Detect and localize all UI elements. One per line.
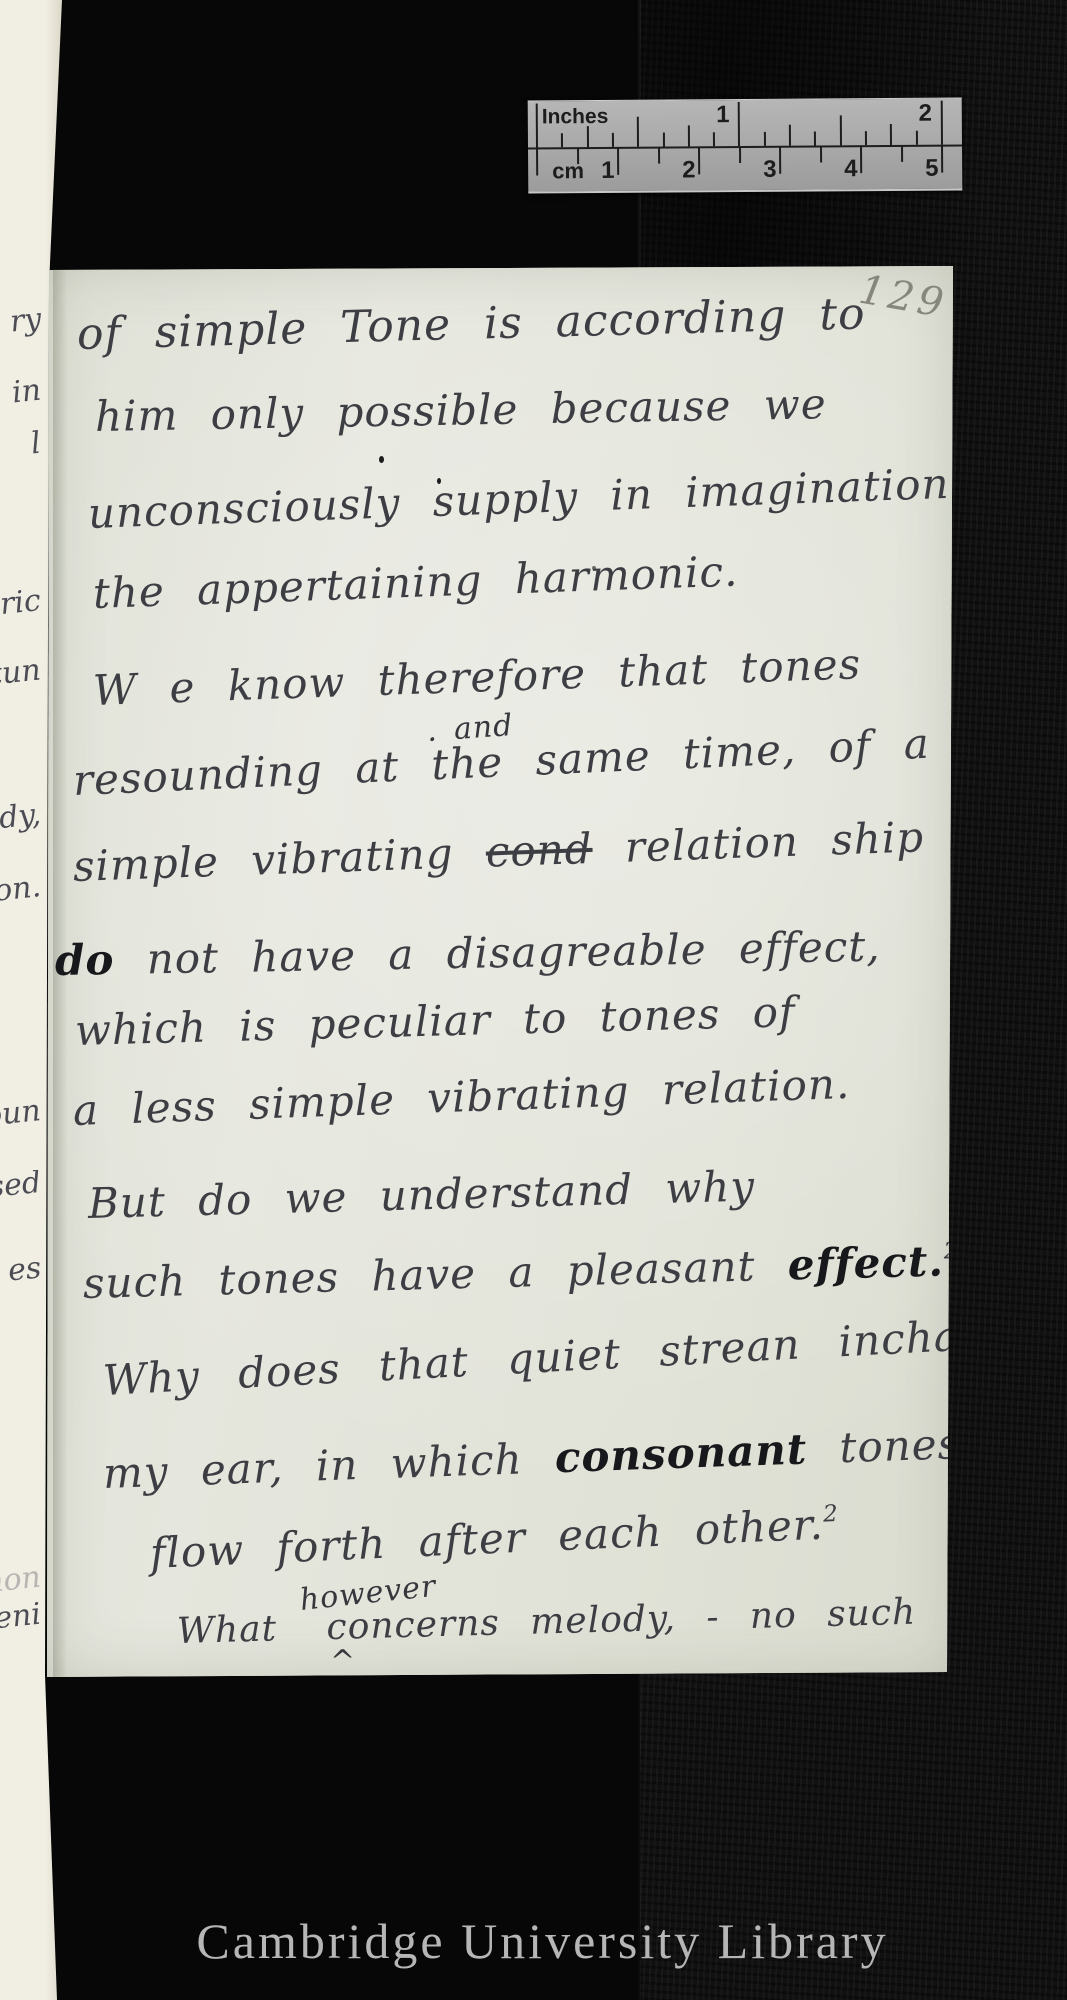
handwritten-text-layer: of simple Tone is according tohim only p… [47,266,955,1678]
handwriting-segment: W e know therefore that tones [92,639,862,715]
handwriting-segment: my ear, in which [102,1433,556,1498]
manuscript-line: But do we understand why [87,1165,755,1227]
handwriting-segment: relation ship [592,812,925,873]
facing-page-text-fragment: ueni [0,1600,46,1646]
handwriting-segment: such tones have a pleasant [82,1241,788,1308]
handwriting-segment: simple vibrating [72,828,487,891]
handwriting-segment: effect. [787,1236,944,1289]
ruler-number: 4 [844,155,858,183]
ruler-tick [865,131,867,145]
ruler-midline [528,144,962,149]
facing-page-text-fragment: l [0,426,46,472]
ruler-number: 2 [682,156,696,184]
ruler-ticks [528,98,962,101]
handwriting-segment: ^ [330,1644,356,1679]
ruler-number: 1 [601,157,615,185]
facing-page-text-fragment: ry [0,303,46,349]
facing-page-text-fragment: es [0,1252,46,1298]
manuscript-line: do not have a disagreable effect, [55,925,881,983]
ruler-tick [688,125,690,146]
ruler-cm-label: cm [552,158,584,184]
handwriting-segment: which is peculiar to tones of [74,987,796,1055]
ruler-number: 5 [925,155,939,183]
ruler-tick [860,146,862,173]
facing-page-text-fragment: ody, [0,800,46,846]
handwriting-segment: the appertaining harmonic. [92,546,739,618]
handwriting-segment: flow forth after each other. [149,1500,825,1578]
ruler-tick [738,102,740,146]
ruler-tick [662,133,664,147]
manuscript-line: such tones have a pleasant effect.2 [82,1239,960,1306]
ruler-tick [890,124,892,145]
facing-page-text-fragment: oric [0,586,46,632]
facing-page-text-fragment: in [0,374,46,420]
manuscript-line: simple vibrating cond relation ship [72,815,925,889]
handwriting-segment: do [55,935,115,985]
ruler-tick [577,148,579,164]
ruler-tick [561,133,563,147]
ruler-tick [820,146,822,162]
ruler-tick [764,132,766,146]
ruler-tick [940,101,942,145]
manuscript-line: Why does that quiet strean inchant- [102,1311,1022,1403]
ruler-tick [586,126,588,147]
ruler-inches-label: Inches [542,105,609,129]
handwriting-segment: tones [806,1419,961,1473]
measurement-ruler: Inches cm 1212345 [528,97,963,193]
ruler-tick [536,148,538,175]
ruler-tick [789,125,791,146]
facing-page-text-fragment: tun [0,655,46,701]
manuscript-line: W e know therefore that tones [92,642,862,713]
ruler-number: 2 [918,100,932,128]
ruler-tick [698,147,700,174]
ruler-tick [941,146,943,173]
ruler-number: 1 [716,101,730,129]
ruler-tick [612,133,614,147]
handwriting-segment: Why does that quiet strean inchant- [102,1308,1022,1405]
ruler-number: 3 [763,156,777,184]
ruler-tick [839,115,841,145]
handwriting-segment: What concerns melody, - no such [176,1592,916,1652]
handwriting-segment: him only possible because we [95,379,827,441]
handwriting-segment: not have a disagreable effect, [114,922,881,984]
ruler-tick [901,146,903,162]
ruler-tick [536,103,538,147]
ruler-tick [658,148,660,164]
handwriting-segment: a less simple vibrating relation. [72,1059,851,1135]
library-caption: Cambridge University Library [0,1912,1067,1970]
ruler-tick [915,131,917,145]
handwriting-segment: cond [485,824,593,877]
ruler-tick [814,132,816,146]
manuscript-line: which is peculiar to tones of [74,990,796,1053]
ruler-tick [617,148,619,175]
manuscript-line: a less simple vibrating relation. [72,1062,851,1133]
interlinear-insertion: ^ [330,1646,356,1678]
ruler-tick [779,147,781,174]
manuscript-line: unconsciously supply in imagination [87,462,950,536]
manuscript-line: flow forth after each other.2 [149,1502,840,1576]
manuscript-line: What concerns melody, - no such [177,1594,917,1651]
ruler-numbers: 1212345 [528,98,962,101]
facing-page-text-fragment: oun [0,1096,46,1142]
handwriting-segment: of simple Tone is according to [76,288,866,360]
handwriting-segment: . and [426,708,515,749]
manuscript-page: 129 of simple Tone is according tohim on… [47,266,955,1678]
facing-page-text-fragment: rossed [0,1170,46,1216]
handwriting-segment: consonant [554,1424,808,1482]
manuscript-line: the appertaining harmonic. [92,549,739,616]
ruler-tick [637,117,639,147]
handwriting-segment: 2 [823,1501,840,1528]
interlinear-insertion: . and [426,710,514,747]
ruler-tick [713,132,715,146]
ruler-tick [739,147,741,163]
manuscript-line: of simple Tone is according to [76,291,866,358]
manuscript-line: him only possible because we [95,382,827,439]
photo-background: ryinlorictunody,lation.ounrossedesmonuen… [0,0,1067,2000]
handwriting-segment: But do we understand why [87,1162,755,1228]
manuscript-line: my ear, in which consonant tones [102,1422,961,1496]
facing-page-text-fragment: lation. [0,874,46,920]
handwriting-segment: unconsciously supply in imagination [87,459,950,538]
